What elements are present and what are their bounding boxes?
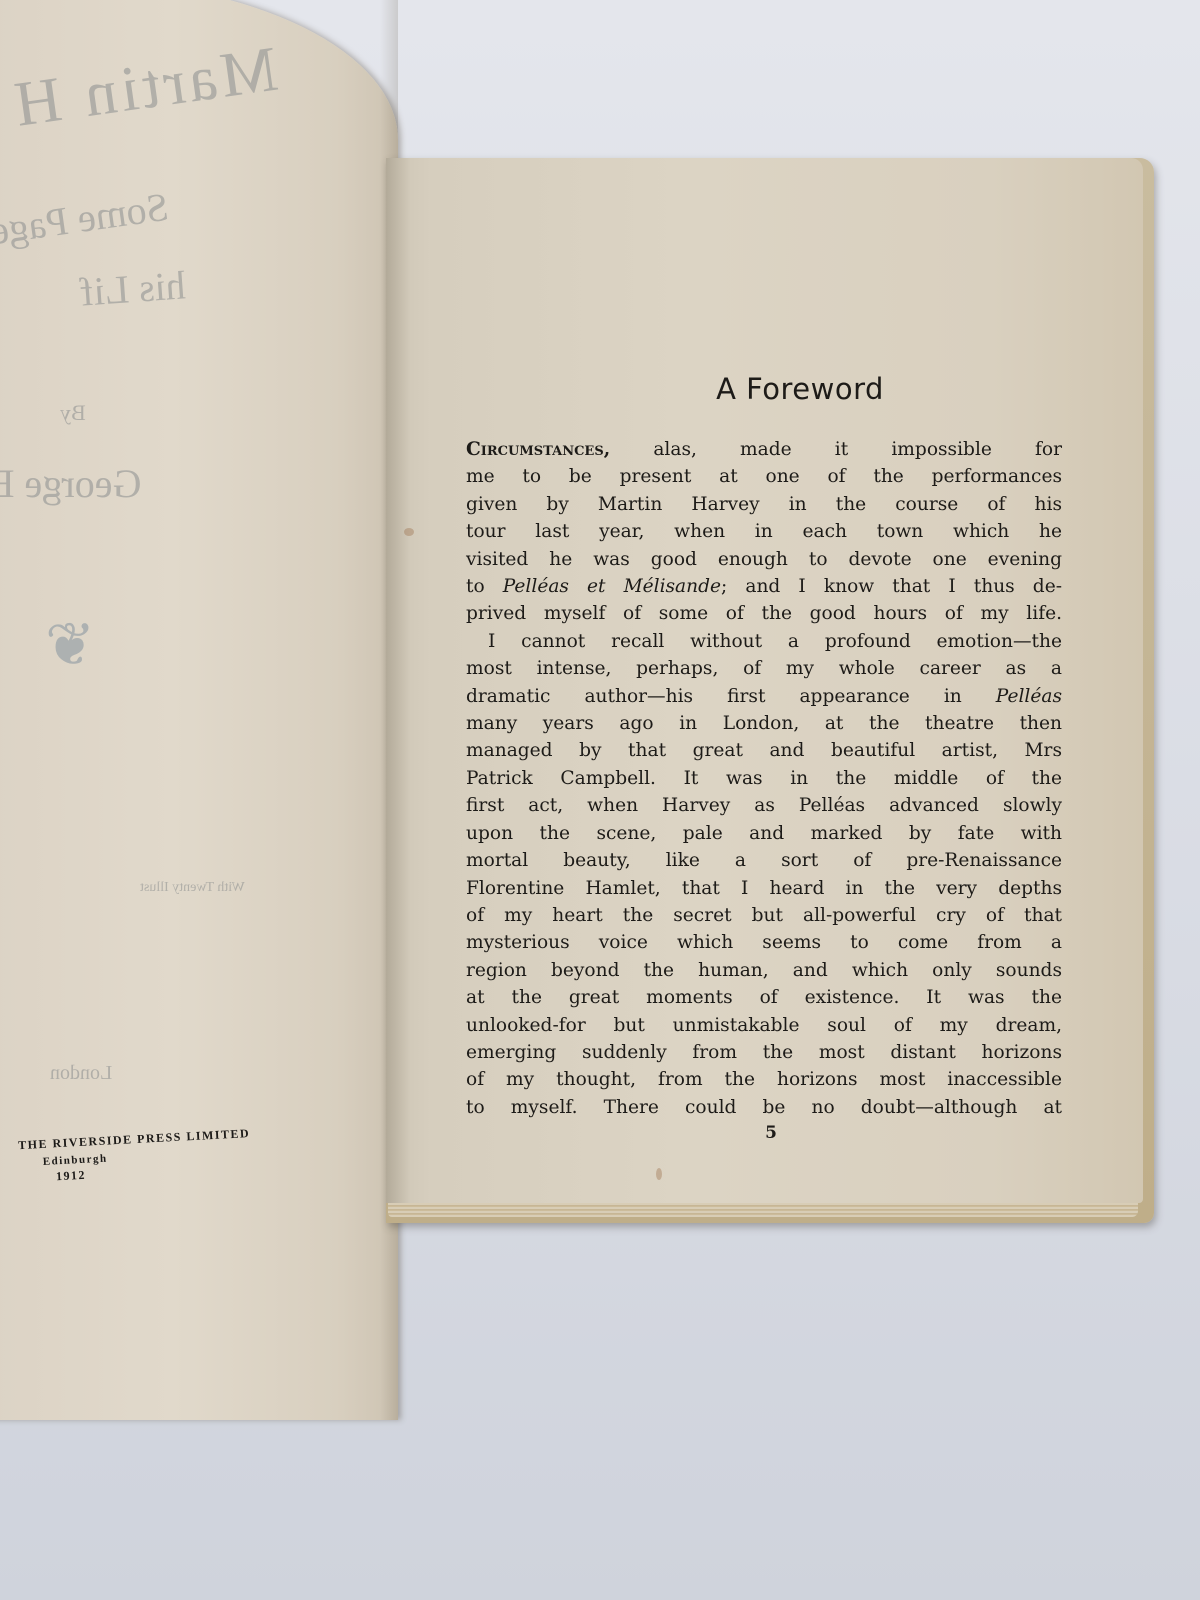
text-line: me to be present at one of the performan… — [466, 463, 1062, 490]
text-line: to myself. There could be no doubt—altho… — [466, 1094, 1062, 1121]
text-line: first act, when Harvey as Pelléas advanc… — [466, 792, 1062, 819]
text-segment: most intense, perhaps, of my whole caree… — [466, 658, 1062, 679]
text-line: prived myself of some of the good hours … — [466, 600, 1062, 627]
text-segment: region beyond the human, and which only … — [466, 960, 1062, 981]
publisher-ornament-icon: ❦ — [45, 610, 95, 680]
text-line: of my heart the secret but all-powerful … — [466, 902, 1062, 929]
text-line: unlooked-for but unmistakable soul of my… — [466, 1012, 1062, 1039]
text-line: region beyond the human, and which only … — [466, 957, 1062, 984]
text-line: tour last year, when in each town which … — [466, 518, 1062, 545]
page-title: A Foreword — [538, 372, 1062, 406]
text-segment: to myself. There could be no doubt—altho… — [466, 1097, 1062, 1118]
text-segment: visited he was good enough to devote one… — [466, 549, 1062, 570]
text-line: of my thought, from the horizons most in… — [466, 1066, 1062, 1093]
show-through-by: By — [60, 400, 86, 426]
text-segment: of my thought, from the horizons most in… — [466, 1069, 1062, 1090]
show-through-subtitle-2: his Lif — [78, 261, 187, 315]
text-line: emerging suddenly from the most distant … — [466, 1039, 1062, 1066]
text-segment: given by Martin Harvey in the course of … — [466, 494, 1062, 515]
text-segment: me to be present at one of the performan… — [466, 466, 1062, 487]
text-line: at the great moments of existence. It wa… — [466, 984, 1062, 1011]
text-line: many years ago in London, at the theatre… — [466, 710, 1062, 737]
text-line: upon the scene, pale and marked by fate … — [466, 820, 1062, 847]
foreword-body: Circumstances, alas, made it impossible … — [466, 436, 1062, 1121]
text-segment: many years ago in London, at the theatre… — [466, 713, 1062, 734]
show-through-london: London — [50, 1062, 112, 1085]
text-segment: tour last year, when in each town which … — [466, 521, 1062, 542]
text-line: given by Martin Harvey in the course of … — [466, 491, 1062, 518]
text-segment: alas, made it impossible for — [610, 439, 1062, 460]
text-line: visited he was good enough to devote one… — [466, 546, 1062, 573]
text-segment: Florentine Hamlet, that I heard in the v… — [466, 878, 1062, 899]
text-line: Patrick Campbell. It was in the middle o… — [466, 765, 1062, 792]
text-line: mysterious voice which seems to come fro… — [466, 929, 1062, 956]
text-segment: mortal beauty, like a sort of pre-Renais… — [466, 850, 1062, 871]
italic-text: Pelléas et Mélisande — [503, 576, 721, 597]
show-through-title: Martin H — [6, 32, 282, 143]
text-line: mortal beauty, like a sort of pre-Renais… — [466, 847, 1062, 874]
text-segment: mysterious voice which seems to come fro… — [466, 932, 1062, 953]
foreword-content: A Foreword Circumstances, alas, made it … — [466, 372, 1062, 1143]
text-line: Florentine Hamlet, that I heard in the v… — [466, 875, 1062, 902]
show-through-author: George E — [0, 460, 141, 507]
left-page: Martin H Some Page his Lif By George E ❦… — [0, 0, 398, 1420]
text-segment: prived myself of some of the good hours … — [466, 603, 1062, 624]
text-line: dramatic author—his first appearance in … — [466, 683, 1062, 710]
page-bottom-edge — [388, 1203, 1138, 1217]
text-segment: dramatic author—his first appearance in — [466, 686, 996, 707]
text-segment: unlooked-for but unmistakable soul of my… — [466, 1015, 1062, 1036]
show-through-subtitle-1: Some Page — [0, 183, 171, 254]
text-segment: I cannot recall without a profound emoti… — [488, 631, 1062, 652]
text-line: most intense, perhaps, of my whole caree… — [466, 655, 1062, 682]
text-segment: managed by that great and beautiful arti… — [466, 740, 1062, 761]
text-segment: emerging suddenly from the most distant … — [466, 1042, 1062, 1063]
text-segment: Patrick Campbell. It was in the middle o… — [466, 768, 1062, 789]
text-segment: upon the scene, pale and marked by fate … — [466, 823, 1062, 844]
text-segment: of my heart the secret but all-powerful … — [466, 905, 1062, 926]
italic-text: Pelléas — [996, 686, 1062, 707]
text-segment: ; and I know that I thus de- — [721, 576, 1062, 597]
text-segment: at the great moments of existence. It wa… — [466, 987, 1062, 1008]
text-line: Circumstances, alas, made it impossible … — [466, 436, 1062, 463]
foxing-spot — [404, 528, 414, 536]
page-number: 5 — [466, 1123, 1062, 1143]
text-segment: first act, when Harvey as Pelléas advanc… — [466, 795, 1062, 816]
text-segment: to — [466, 576, 503, 597]
printer-imprint: The Riverside Press Limited Edinburgh 19… — [0, 1124, 286, 1188]
text-line: to Pelléas et Mélisande; and I know that… — [466, 573, 1062, 600]
foxing-spot — [656, 1168, 662, 1180]
text-line: I cannot recall without a profound emoti… — [466, 628, 1062, 655]
text-line: managed by that great and beautiful arti… — [466, 737, 1062, 764]
show-through-illustrations: With Twenty Illust — [140, 880, 245, 896]
smallcaps-text: Circumstances, — [466, 439, 610, 460]
